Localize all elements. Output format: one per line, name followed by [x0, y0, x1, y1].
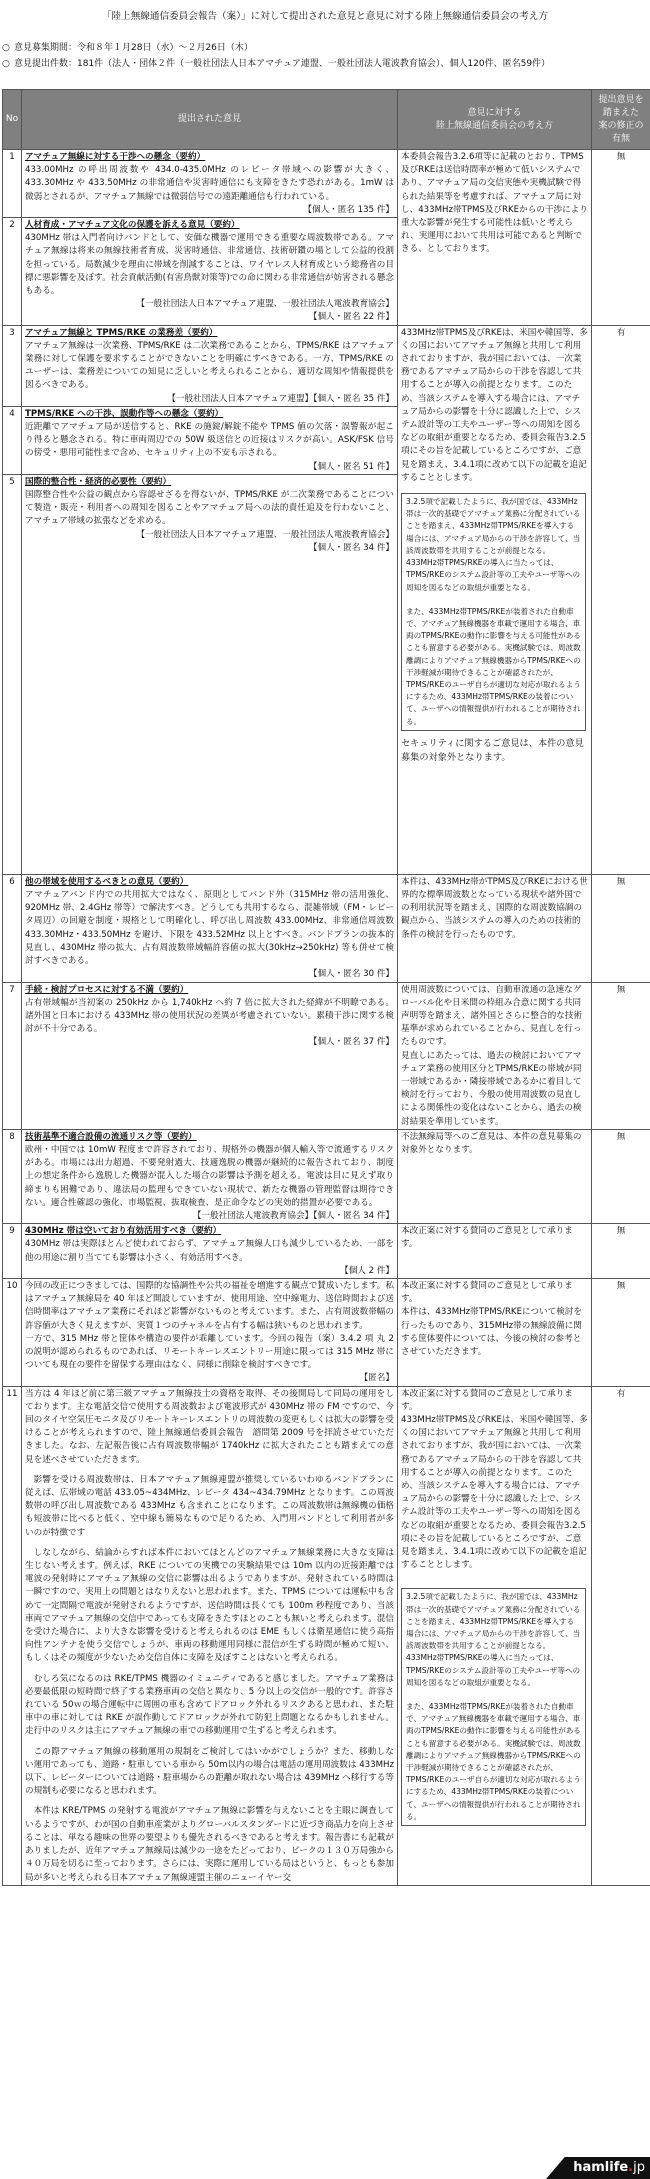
view-cell: 本改正案に対する賛同のご意見として承ります。 本件は、433MHz帯TPMS/R… [398, 1278, 592, 1386]
document-meta: ○意見募集期間：令和８年１月28日（水）～２月26日（木） ○意見提出件数：18… [0, 40, 650, 72]
opinion-source: 【個人・匿名 51 件】 [25, 461, 394, 474]
modification-cell: 有 [592, 1386, 650, 1885]
document-title: 「陸上無線通信委員会報告（案）」に対して提出された意見と意見に対する陸上無線通信… [0, 0, 650, 40]
view-text: 433MHz帯TPMS及びRKEは、米国や韓国等、多くの国においてアマチュア無線… [401, 327, 588, 485]
row-no: 8 [3, 1129, 22, 1223]
opinion-source: 【一般社団法人日本アマチュア連盟、一般社団法人電波教育協会】 [25, 529, 394, 542]
row-no: 5 [3, 474, 22, 874]
modification-cell: 無 [592, 1129, 650, 1223]
opinion-body: 近距離でアマチュア局が送信すると、RKE の施錠/解錠不能や TPMS 値の欠落… [25, 421, 394, 461]
addendum-box: 3.2.5項で記載したように、我が国では、433MHz帯は一次的基礎でアマチュア… [401, 493, 586, 731]
opinion-body: 欧州・中国では 10mW 程度まで許容されており、規格外の機器が個人輸入等で流通… [25, 1144, 394, 1210]
addendum-box: 3.2.5項で記載したように、我が国では、433MHz帯は一次的基礎でアマチュア… [401, 1588, 586, 1826]
opinion-cell: アマチュア無線に対する干渉への懸念（要約） 433.00MHz の呼出周波数や … [22, 150, 398, 218]
view-cell: 不法無線局等へのご意見は、本件の意見募集の対象外となります。 [398, 1129, 592, 1223]
modification-cell: 無 [592, 1278, 650, 1386]
row-no: 10 [3, 1278, 22, 1386]
view-cell: 本改正案に対する賛同のご意見として承ります。 433MHz帯TPMS及びRKEは… [398, 1386, 592, 1885]
modification-cell: 無 [592, 150, 650, 326]
view-cell: 本件は、433MHz帯がTPMS及びRKEにおける世界的な標準周波数となっている… [398, 874, 592, 982]
row-no: 1 [3, 150, 22, 218]
header-opinion: 提出された意見 [22, 90, 398, 150]
row-no: 2 [3, 218, 22, 326]
opinion-cell: 人材育成・アマチュア文化の保護を訴える意見（要約） 430MHz 帯は入門者向け… [22, 218, 398, 326]
row-no: 11 [3, 1386, 22, 1885]
table-header-row: No 提出された意見 意見に対する 陸上無線通信委員会の考え方 提出意見を 踏ま… [3, 90, 650, 150]
opinion-source: 【匿名】 [25, 1372, 394, 1385]
opinion-cell: 今回の改正につきましては、国際的な協調性や公共の福祉を増進する観点で賛成いたしま… [22, 1278, 398, 1386]
opinion-source: 【個人・匿名 34 件】 [25, 542, 394, 555]
opinion-paragraph: むしろ気になるのは RKE/TPMS 機器のイミュニティであると感じました。アマ… [25, 1673, 394, 1739]
opinion-body: 今回の改正につきましては、国際的な協調性や公共の福祉を増進する観点で賛成いたしま… [25, 1280, 394, 1333]
security-note: セキュリティに関するご意見は、本件の意見募集の対象外となります。 [401, 737, 588, 765]
opinion-source: 【個人・匿名 135 件】 [25, 204, 394, 217]
view-cell: 本改正案に対する賛同のご意見として承ります。 [398, 1224, 592, 1279]
opinion-cell: 当方は 4 年ほど前に第三級アマチュア無線技士の資格を取得、その後開局して同局の… [22, 1386, 398, 1885]
view-cell: 433MHz帯TPMS及びRKEは、米国や韓国等、多くの国においてアマチュア無線… [398, 325, 592, 874]
opinion-source: 【個人・匿名 37 件】 [25, 1036, 394, 1049]
table-row: 11 当方は 4 年ほど前に第三級アマチュア無線技士の資格を取得、その後開局して… [3, 1386, 650, 1885]
meta-count: ○意見提出件数：181件（法人・団体２件（一般社団法人日本アマチュア連盟、一般社… [2, 56, 650, 72]
modification-cell: 有 [592, 325, 650, 874]
opinion-source: 【個人 2 件】 [25, 1265, 394, 1278]
header-modification: 提出意見を 踏まえた 案の修正の 有無 [592, 90, 650, 150]
modification-cell: 無 [592, 1224, 650, 1279]
opinion-body: 国際整合性や公益の観点から容認せざるを得ないが、TPMS/RKE が二次業務であ… [25, 489, 394, 529]
opinion-title: アマチュア無線に対する干渉への懸念（要約） [25, 151, 394, 164]
row-no: 3 [3, 325, 22, 406]
opinion-body: 433.00MHz の呼出周波数や 434.0-435.0MHz のレピータ帯域… [25, 164, 394, 204]
table-row: 8 技術基準不適合設備の流通リスク等（要約） 欧州・中国では 10mW 程度まで… [3, 1129, 650, 1223]
opinion-source: 【個人・匿名 30 件】 [25, 968, 394, 981]
table-row: 1 アマチュア無線に対する干渉への懸念（要約） 433.00MHz の呼出周波数… [3, 150, 650, 218]
opinion-body: 一方で、315 MHz 帯と筐体や構造の要件が乖離しています。今回の報告（案）3… [25, 1333, 394, 1373]
opinion-cell: 430MHz 帯は空いており有効活用すべき（要約） 430MHz 帯は実際ほとん… [22, 1224, 398, 1279]
opinion-cell: TPMS/RKE への干渉、誤動作等への懸念（要約） 近距離でアマチュア局が送信… [22, 406, 398, 474]
opinion-title: 技術基準不適合設備の流通リスク等（要約） [25, 1131, 394, 1144]
row-no: 4 [3, 406, 22, 474]
opinion-title: TPMS/RKE への干渉、誤動作等への懸念（要約） [25, 408, 394, 421]
table-row: 9 430MHz 帯は空いており有効活用すべき（要約） 430MHz 帯は実際ほ… [3, 1224, 650, 1279]
opinion-body: 430MHz 帯は入門者向けバンドとして、安価な機器で運用できる重要な周波数帯で… [25, 232, 394, 298]
modification-cell: 無 [592, 874, 650, 982]
bullet-icon: ○ [2, 56, 14, 72]
opinion-paragraph: この際アマチュア無線の移動運用の規制をご検討してはいかがでしょうか？また、移動し… [25, 1746, 394, 1799]
opinion-cell: 技術基準不適合設備の流通リスク等（要約） 欧州・中国では 10mW 程度まで許容… [22, 1129, 398, 1223]
opinion-body: 占有帯域幅が当初案の 250kHz から 1,740kHz へ約 7 倍に拡大さ… [25, 997, 394, 1037]
row-no: 7 [3, 982, 22, 1129]
opinion-source: 【一般社団法人日本アマチュア連盟】【個人・匿名 35 件】 [25, 393, 394, 406]
opinion-cell: 手続・検討プロセスに対する不満（要約） 占有帯域幅が当初案の 250kHz から… [22, 982, 398, 1129]
opinion-title: 他の帯域を使用するべきとの意見（要約） [25, 876, 394, 889]
opinion-cell: 他の帯域を使用するべきとの意見（要約） アマチュアバンド内での共用拡大ではなく、… [22, 874, 398, 982]
table-row: 6 他の帯域を使用するべきとの意見（要約） アマチュアバンド内での共用拡大ではな… [3, 874, 650, 982]
opinion-title: 人材育成・アマチュア文化の保護を訴える意見（要約） [25, 219, 394, 232]
header-view: 意見に対する 陸上無線通信委員会の考え方 [398, 90, 592, 150]
row-no: 9 [3, 1224, 22, 1279]
opinion-cell: 国際的整合性・経済的必要性（要約） 国際整合性や公益の観点から容認せざるを得ない… [22, 474, 398, 874]
opinion-body: 430MHz 帯は実際ほとんど使われておらず、アマチュア無線人口も減少しているた… [25, 1238, 394, 1264]
modification-cell: 無 [592, 982, 650, 1129]
opinion-paragraph: 影響を受ける周波数帯は、日本アマチュア無線連盟が推奨しているいわゆるバンドプラン… [25, 1474, 394, 1540]
opinion-body: アマチュア無線は一次業務、TPMS/RKE は二次業務であることから、TPMS/… [25, 340, 394, 393]
opinion-source: 【個人・匿名 22 件】 [25, 311, 394, 324]
meta-period: ○意見募集期間：令和８年１月28日（水）～２月26日（木） [2, 40, 650, 56]
view-cell: 使用周波数については、自動車流通の急速なグローバル化や日米間の枠組み合意に関する… [398, 982, 592, 1129]
opinion-cell: アマチュア無線と TPMS/RKE の業務差（要約） アマチュア無線は一次業務、… [22, 325, 398, 406]
opinion-paragraph: 当方は 4 年ほど前に第三級アマチュア無線技士の資格を取得、その後開局して同局の… [25, 1388, 394, 1467]
row-no: 6 [3, 874, 22, 982]
table-row: 3 アマチュア無線と TPMS/RKE の業務差（要約） アマチュア無線は一次業… [3, 325, 650, 406]
opinion-body: アマチュアバンド内での共用拡大ではなく、原則としてバンド外（315MHz 帯の活… [25, 889, 394, 968]
opinion-paragraph: しなしながら、結論からすれば本件においてほとんどのアマチュア無線業務に大きな支障… [25, 1547, 394, 1666]
bullet-icon: ○ [2, 40, 14, 56]
header-no: No [3, 90, 22, 150]
opinion-title: アマチュア無線と TPMS/RKE の業務差（要約） [25, 327, 394, 340]
opinion-source: 【一般社団法人電波教育協会】【個人・匿名 34 件】 [25, 1210, 394, 1223]
opinion-title: 国際的整合性・経済的必要性（要約） [25, 476, 394, 489]
table-row: 7 手続・検討プロセスに対する不満（要約） 占有帯域幅が当初案の 250kHz … [3, 982, 650, 1129]
view-cell: 本委員会報告3.2.6項等に記載のとおり、TPMS及びRKEは送信時間率が極めて… [398, 150, 592, 326]
opinion-title: 手続・検討プロセスに対する不満（要約） [25, 984, 394, 997]
table-row: 10 今回の改正につきましては、国際的な協調性や公共の福祉を増進する観点で賛成い… [3, 1278, 650, 1386]
opinion-source: 【一般社団法人日本アマチュア連盟、一般社団法人電波教育協会】 [25, 298, 394, 311]
opinion-title: 430MHz 帯は空いており有効活用すべき（要約） [25, 1225, 394, 1238]
opinion-table: No 提出された意見 意見に対する 陸上無線通信委員会の考え方 提出意見を 踏ま… [2, 89, 650, 1886]
opinion-paragraph: 本件は KRE/TPMS の発射する電波がアマチュア無線に影響を与えないことを主… [25, 1805, 394, 1884]
hamlife-watermark-logo: hamlife.jp [546, 2157, 650, 2179]
